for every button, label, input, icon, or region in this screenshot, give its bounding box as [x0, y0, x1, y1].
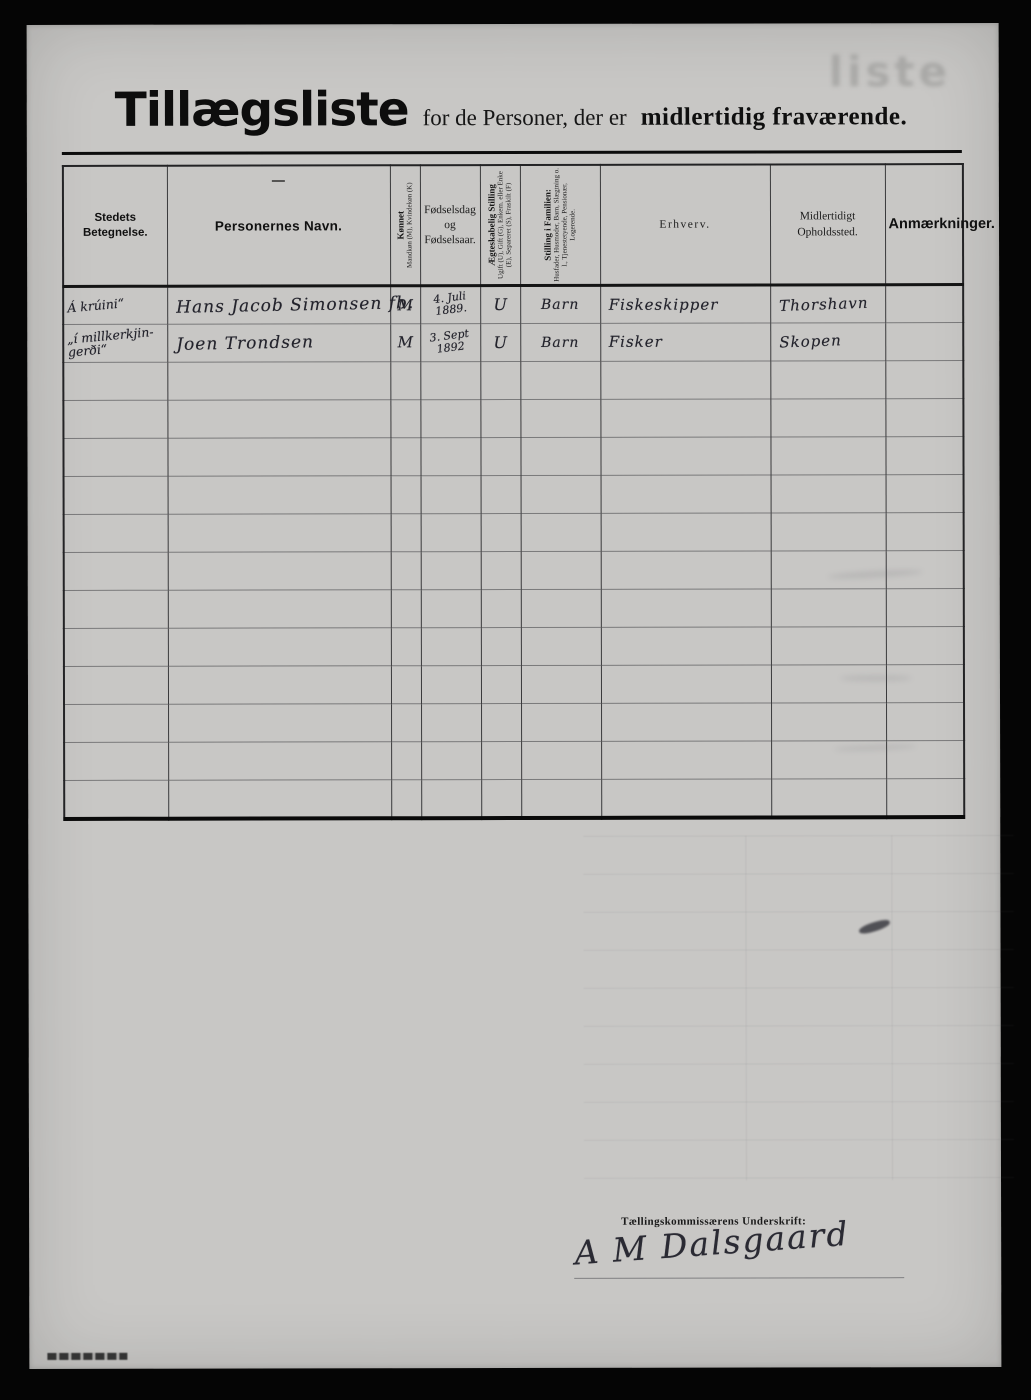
census-table: Stedets Betegnelse. — Personernes Navn. … — [62, 163, 965, 820]
cell-kon — [391, 666, 421, 704]
cell-navn — [168, 742, 391, 780]
table-row — [64, 627, 964, 667]
handwritten-erhverv: Fiskeskipper — [609, 295, 719, 313]
cell-kon: M — [390, 324, 420, 362]
cell-fodsel — [421, 704, 481, 742]
cell-aegteskab — [481, 741, 521, 779]
handwritten-sted: „í millkerkjin- gerði“ — [66, 325, 155, 359]
cell-ophold — [771, 703, 886, 741]
table-row: Á krúini“Hans Jacob Simonsen fb.M4. Juli… — [63, 285, 963, 325]
cell-fodsel — [421, 742, 481, 780]
handwritten-kon: M — [398, 333, 413, 351]
cell-kon — [391, 476, 421, 514]
cell-navn — [168, 628, 391, 666]
cell-fodsel — [421, 514, 481, 552]
cell-stilling: Barn — [520, 285, 600, 323]
cell-stilling — [521, 589, 601, 627]
cell-anm — [885, 361, 963, 399]
cell-sted — [64, 552, 168, 590]
cell-sted — [63, 400, 167, 438]
cell-ophold — [771, 665, 886, 703]
table-row — [63, 399, 963, 439]
cell-sted: „í millkerkjin- gerði“ — [63, 324, 167, 362]
cell-kon — [391, 628, 421, 666]
cell-erhverv — [601, 513, 771, 551]
cell-aegteskab — [480, 437, 520, 475]
census-table-header: Stedets Betegnelse. — Personernes Navn. … — [63, 164, 963, 286]
stray-dash-mark: — — [272, 172, 285, 187]
handwritten-ophold: Thorshavn — [778, 293, 868, 314]
column-header-anm: Anmærkninger. — [885, 164, 963, 285]
cell-navn — [168, 552, 391, 590]
handwritten-aegteskab: U — [493, 295, 507, 314]
cell-aegteskab: U — [480, 323, 520, 361]
cell-navn — [168, 514, 391, 552]
cell-kon — [391, 704, 421, 742]
handwritten-ophold: Skopen — [778, 331, 841, 351]
cell-sted — [64, 666, 168, 704]
cell-fodsel — [421, 628, 481, 666]
cell-erhverv — [601, 779, 771, 817]
cell-fodsel — [421, 780, 481, 818]
cell-fodsel: 3. Sept 1892 — [420, 324, 480, 362]
handwritten-navn: Joen Trondsen — [176, 332, 314, 355]
cell-stilling: Barn — [520, 323, 600, 361]
cell-anm — [885, 323, 963, 361]
cell-ophold — [771, 551, 886, 589]
cell-aegteskab — [481, 703, 521, 741]
cell-erhverv — [601, 741, 771, 779]
cell-fodsel — [421, 666, 481, 704]
cell-stilling — [521, 779, 601, 817]
signature-underline — [574, 1277, 904, 1279]
cell-sted — [64, 476, 168, 514]
cell-navn — [168, 704, 391, 742]
handwritten-stilling: Barn — [541, 334, 579, 350]
cell-navn: Joen Trondsen — [167, 324, 390, 362]
column-header-erhverv: Erhverv. — [600, 164, 770, 285]
cell-stilling — [520, 361, 600, 399]
cell-navn — [168, 476, 391, 514]
column-header-stilling-sub: Husfader, Husmoder, Barn, Slægtning o. l… — [552, 168, 576, 282]
column-header-kon-sub: Mandkøn (M), Kvindekøn (K) — [405, 168, 413, 282]
cell-anm — [886, 779, 964, 817]
page-title-main: Tillægsliste — [115, 82, 409, 138]
cell-aegteskab — [481, 513, 521, 551]
column-header-ophold: Midlertidigt Opholdssted. — [770, 164, 885, 285]
cell-stilling — [521, 703, 601, 741]
cell-ophold — [771, 475, 886, 513]
cell-erhverv — [600, 437, 770, 475]
cell-fodsel: 4. Juli 1889. — [420, 286, 480, 324]
handwritten-sted: Á krúini“ — [67, 296, 125, 314]
cell-navn — [168, 590, 391, 628]
cell-ophold — [771, 513, 886, 551]
census-table-body: Á krúini“Hans Jacob Simonsen fb.M4. Juli… — [63, 285, 964, 819]
cell-ophold — [770, 361, 885, 399]
cell-fodsel — [420, 438, 480, 476]
cell-erhverv — [601, 703, 771, 741]
cell-kon — [390, 438, 420, 476]
cell-erhverv — [601, 551, 771, 589]
cell-erhverv — [601, 475, 771, 513]
cell-fodsel — [420, 400, 480, 438]
column-header-navn-label: Personernes Navn. — [170, 218, 386, 233]
cell-anm — [886, 475, 964, 513]
cell-kon — [391, 514, 421, 552]
cell-kon — [391, 742, 421, 780]
cell-erhverv — [600, 399, 770, 437]
cell-sted — [64, 704, 168, 742]
cell-erhverv — [601, 589, 771, 627]
cell-aegteskab — [481, 551, 521, 589]
cell-kon — [390, 400, 420, 438]
column-header-aegteskab-main: Ægteskabelig Stilling — [486, 168, 496, 282]
cell-navn: Hans Jacob Simonsen fb. — [167, 286, 390, 324]
cell-ophold — [771, 779, 886, 817]
cell-aegteskab: U — [480, 285, 520, 323]
cell-stilling — [521, 551, 601, 589]
cell-stilling — [521, 665, 601, 703]
column-header-kon: Kønnet Mandkøn (M), Kvindekøn (K) — [390, 165, 420, 286]
cell-navn — [168, 780, 391, 818]
page-title-emphasis: midlertidig fraværende. — [641, 103, 908, 132]
cell-anm — [886, 665, 964, 703]
cell-kon — [391, 552, 421, 590]
cell-stilling — [521, 513, 601, 551]
cell-ophold — [770, 437, 885, 475]
cell-aegteskab — [481, 627, 521, 665]
cell-ophold: Skopen — [770, 323, 885, 361]
cell-aegteskab — [480, 361, 520, 399]
column-header-navn: — Personernes Navn. — [167, 165, 390, 286]
column-header-sted-label: Stedets Betegnelse. — [67, 211, 164, 241]
table-row — [64, 513, 964, 553]
cell-anm — [886, 513, 964, 551]
cell-aegteskab — [481, 589, 521, 627]
cell-anm — [885, 285, 963, 323]
column-header-aegteskab-sub: Ugift (U), Gift (G), Enkem. eller Enke (… — [496, 168, 512, 282]
cell-kon — [391, 780, 421, 818]
cell-kon — [391, 590, 421, 628]
table-row — [63, 437, 963, 477]
cell-sted — [64, 628, 168, 666]
cell-sted: Á krúini“ — [63, 286, 167, 324]
table-row: „í millkerkjin- gerði“Joen TrondsenM3. S… — [63, 323, 963, 363]
cell-navn — [167, 400, 390, 438]
page-title-mid: for de Personer, der er — [423, 105, 627, 131]
column-header-anm-label: Anmærkninger. — [888, 216, 959, 232]
cell-sted — [63, 438, 167, 476]
paper-sheet: liste Tillægsliste for de Personer, der … — [27, 23, 1002, 1369]
column-header-stilling-main: Stilling i Familien: — [542, 168, 552, 282]
column-header-ophold-label: Midlertidigt Opholdssted. — [773, 208, 881, 240]
cell-anm — [885, 437, 963, 475]
cell-sted — [64, 742, 168, 780]
cell-stilling — [521, 741, 601, 779]
cell-sted — [64, 514, 168, 552]
cell-aegteskab — [480, 399, 520, 437]
cell-ophold — [770, 399, 885, 437]
cell-erhverv: Fiskeskipper — [600, 285, 770, 323]
handwritten-fodsel: 3. Sept 1892 — [429, 327, 471, 356]
title-divider-rule — [62, 150, 962, 155]
cell-anm — [886, 703, 964, 741]
column-header-kon-main: Kønnet — [395, 168, 405, 282]
handwritten-stilling: Barn — [541, 297, 579, 313]
table-row — [64, 475, 964, 515]
column-header-erhverv-label: Erhverv. — [604, 218, 767, 230]
cell-anm — [886, 589, 964, 627]
cell-aegteskab — [481, 665, 521, 703]
commissioner-signature: A M Dalsgaard — [573, 1214, 851, 1273]
scanned-census-page: { "page": { "title_main": "Tillægsliste"… — [0, 0, 1031, 1400]
handwritten-erhverv: Fisker — [609, 333, 663, 351]
cell-fodsel — [421, 476, 481, 514]
table-row — [64, 665, 964, 705]
column-header-stilling: Stilling i Familien: Husfader, Husmoder,… — [520, 165, 600, 286]
column-header-fodsel-label: Fødselsdag og Fødselsaar. — [423, 203, 476, 248]
cell-stilling — [520, 399, 600, 437]
cell-aegteskab — [481, 475, 521, 513]
handwritten-fodsel: 4. Juli 1889. — [433, 290, 468, 318]
cell-navn — [168, 666, 391, 704]
cell-navn — [167, 438, 390, 476]
printer-imprint — [47, 1353, 127, 1360]
cell-erhverv — [601, 665, 771, 703]
cell-erhverv: Fisker — [600, 323, 770, 361]
handwritten-aegteskab: U — [493, 333, 507, 352]
table-row — [64, 703, 964, 743]
cell-fodsel — [421, 590, 481, 628]
table-row — [64, 741, 964, 781]
cell-ophold: Thorshavn — [770, 285, 885, 323]
cell-navn — [167, 362, 390, 400]
cell-fodsel — [420, 362, 480, 400]
handwritten-navn: Hans Jacob Simonsen fb. — [176, 293, 414, 318]
column-header-aegteskab: Ægteskabelig Stilling Ugift (U), Gift (G… — [480, 165, 520, 286]
column-header-fodsel: Fødselsdag og Fødselsaar. — [420, 165, 480, 286]
cell-erhverv — [600, 361, 770, 399]
cell-sted — [64, 590, 168, 628]
cell-sted — [64, 780, 168, 818]
table-row — [64, 551, 964, 591]
cell-stilling — [520, 437, 600, 475]
cell-stilling — [521, 627, 601, 665]
cell-fodsel — [421, 552, 481, 590]
table-row — [64, 779, 964, 819]
cell-anm — [886, 627, 964, 665]
table-row — [63, 361, 963, 401]
cell-erhverv — [601, 627, 771, 665]
cell-kon — [390, 362, 420, 400]
column-header-sted: Stedets Betegnelse. — [63, 166, 167, 287]
page-title: Tillægsliste for de Personer, der er mid… — [115, 81, 975, 138]
bleed-through-table-lines — [583, 835, 1014, 1181]
cell-stilling — [521, 475, 601, 513]
cell-sted — [63, 362, 167, 400]
cell-ophold — [771, 627, 886, 665]
cell-ophold — [771, 589, 886, 627]
cell-anm — [885, 399, 963, 437]
table-row — [64, 589, 964, 629]
cell-aegteskab — [481, 779, 521, 817]
